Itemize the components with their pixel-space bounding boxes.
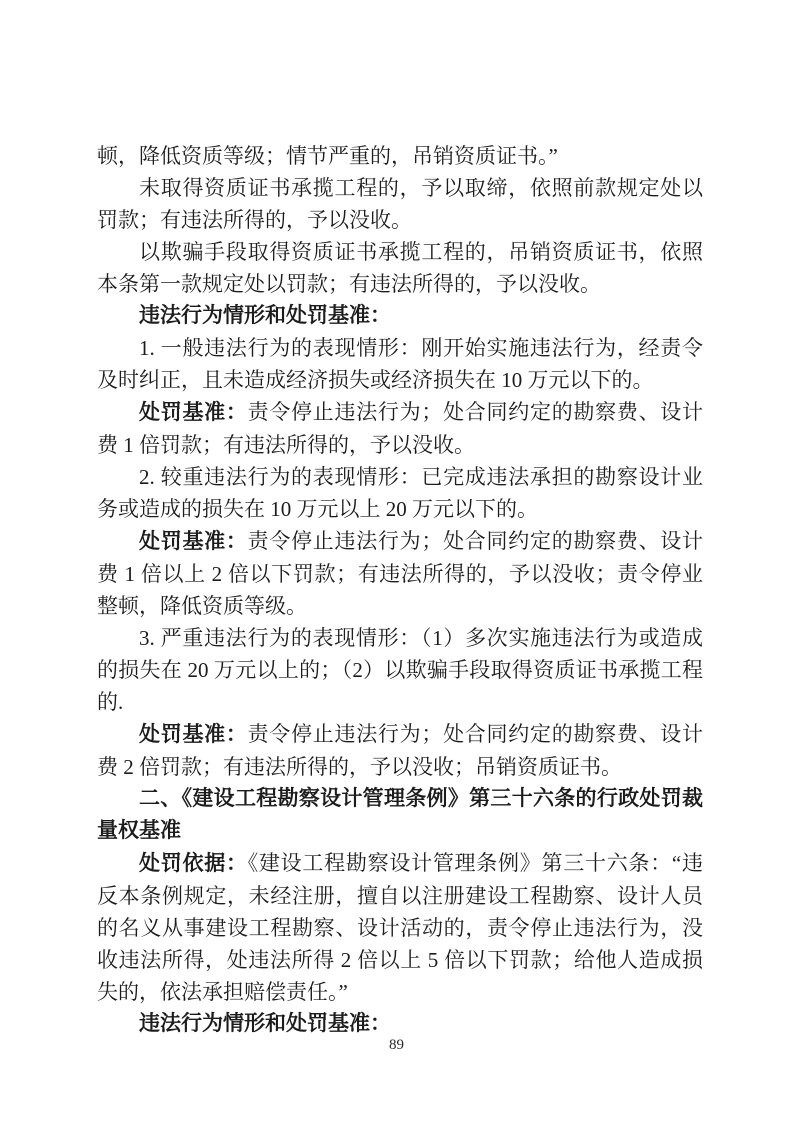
paragraph: 处罚基准：责令停止违法行为；处合同约定的勘察费、设计费 1 倍以上 2 倍以下罚… xyxy=(97,525,703,622)
paragraph: 顿，降低资质等级；情节严重的，吊销资质证书。” xyxy=(97,140,703,172)
paragraph: 1. 一般违法行为的表现情形：刚开始实施违法行为，经责令及时纠正，且未造成经济损… xyxy=(97,332,703,396)
paragraph: 处罚基准：责令停止违法行为；处合同约定的勘察费、设计费 2 倍罚款；有违法所得的… xyxy=(97,718,703,783)
paragraph: 未取得资质证书承揽工程的，予以取缔，依照前款规定处以罚款；有违法所得的，予以没收… xyxy=(97,172,703,236)
paragraph-lead: 处罚基准： xyxy=(139,401,248,424)
page-number: 89 xyxy=(0,1035,793,1055)
paragraph-lead: 处罚基准： xyxy=(139,530,248,553)
section-heading: 违法行为情形和处罚基准： xyxy=(97,300,703,332)
document-content: 顿，降低资质等级；情节严重的，吊销资质证书。”未取得资质证书承揽工程的，予以取缔… xyxy=(97,140,703,1040)
section-heading: 二、《建设工程勘察设计管理条例》第三十六条的行政处罚裁量权基准 xyxy=(97,783,703,847)
document-page: 顿，降低资质等级；情节严重的，吊销资质证书。”未取得资质证书承揽工程的，予以取缔… xyxy=(0,0,793,1122)
paragraph: 处罚基准：责令停止违法行为；处合同约定的勘察费、设计费 1 倍罚款；有违法所得的… xyxy=(97,396,703,461)
paragraph: 处罚依据：《建设工程勘察设计管理条例》第三十六条：“违反本条例规定，未经注册，擅… xyxy=(97,847,703,1008)
paragraph: 以欺骗手段取得资质证书承揽工程的，吊销资质证书，依照本条第一款规定处以罚款；有违… xyxy=(97,236,703,300)
paragraph-lead: 处罚基准： xyxy=(139,723,248,746)
paragraph: 2. 较重违法行为的表现情形：已完成违法承担的勘察设计业务或造成的损失在 10 … xyxy=(97,461,703,525)
paragraph: 3. 严重违法行为的表现情形：（1）多次实施违法行为或造成的损失在 20 万元以… xyxy=(97,622,703,718)
paragraph-lead: 处罚依据： xyxy=(139,852,248,875)
